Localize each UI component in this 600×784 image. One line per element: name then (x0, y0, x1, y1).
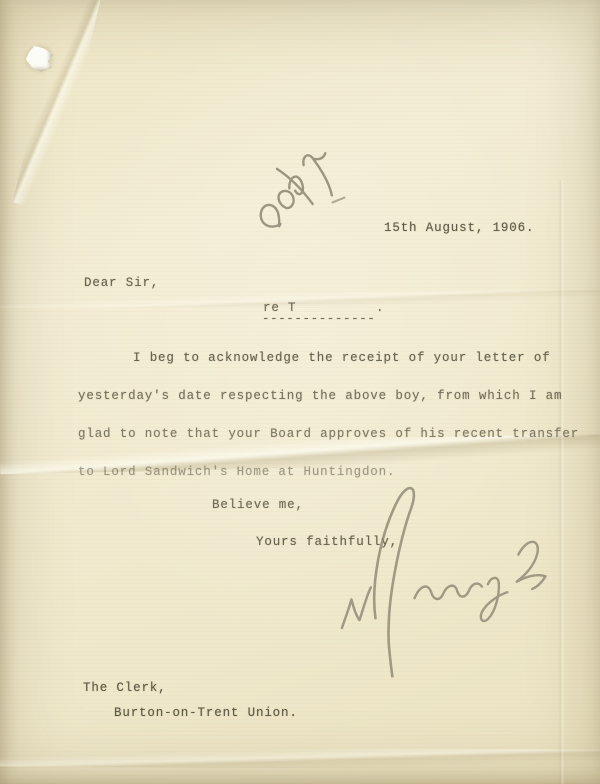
body-line: I beg to acknowledge the receipt of your… (133, 351, 551, 365)
letter-date: 15th August, 1906. (384, 221, 534, 235)
recipient-organisation: Burton-on-Trent Union. (114, 706, 298, 720)
closing: Believe me, (212, 498, 304, 512)
recipient-name: The Clerk, (83, 681, 167, 695)
subject-period: . (376, 301, 384, 315)
letter-photograph: 15th August, 1906. Dear Sir, re T . ----… (0, 0, 600, 784)
handwritten-signature (318, 457, 591, 680)
subject-underline: -------------- (262, 312, 375, 326)
body-line: yesterday's date respecting the above bo… (78, 389, 562, 403)
salutation: Dear Sir, (84, 276, 159, 290)
body-line: glad to note that your Board approves of… (78, 427, 579, 441)
